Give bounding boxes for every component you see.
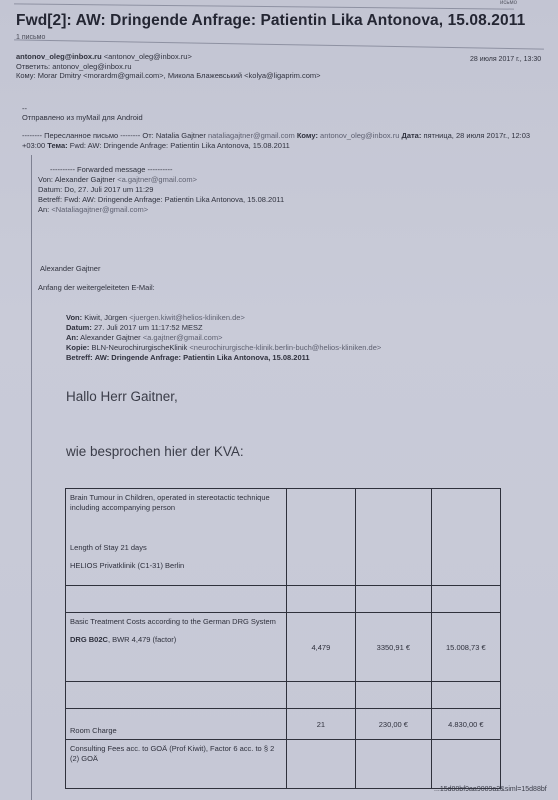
inner-kopie: BLN-NeurochirurgischeKlinik: [91, 343, 187, 352]
kva-intro: wie besprochen hier der KVA:: [66, 444, 244, 459]
betreff-label: Betreff:: [38, 195, 62, 204]
table-row: [66, 682, 501, 709]
qty-cell: [286, 740, 355, 789]
email-date: 28 июля 2017 г., 13:30: [470, 56, 541, 63]
forward-intro: Anfang der weitergeleiteten E-Mail:: [38, 283, 155, 292]
total-cell: [431, 682, 500, 709]
von-name: Alexander Gajtner: [55, 175, 115, 184]
inner-kopie-email[interactable]: <neurochirurgische-klinik.berlin-buch@he…: [189, 343, 381, 352]
total-cell: 4.830,00 €: [431, 709, 500, 740]
total-cell: [431, 489, 500, 586]
divider: [14, 3, 514, 9]
to-recipients[interactable]: Morar Dmitry <morardm@gmail.com>, Микола…: [38, 71, 321, 80]
row-text: Length of Stay 21 days: [70, 543, 282, 553]
total-cell: [431, 586, 500, 613]
email-subject: Fwd[2]: AW: Dringende Anfrage: Patientin…: [16, 12, 525, 30]
datum-value: Do, 27. Juli 2017 um 11:29: [64, 185, 153, 194]
inner-betreff-label: Betreff:: [66, 353, 93, 362]
inner-von-label: Von:: [66, 313, 82, 322]
reply-to-address[interactable]: antonov_oleg@inbox.ru: [52, 62, 131, 71]
row-text: HELIOS Privatklinik (C1-31) Berlin: [70, 561, 282, 571]
table-row: Basic Treatment Costs according to the G…: [66, 613, 501, 682]
qty-cell: 21: [286, 709, 355, 740]
forwarded-title: ---------- Forwarded message ----------: [38, 165, 284, 175]
sender-signature: Alexander Gajtner: [40, 264, 100, 273]
table-row: [66, 586, 501, 613]
table-row: Consulting Fees acc. to GOÄ (Prof Kiwit)…: [66, 740, 501, 789]
an-label: An:: [38, 205, 49, 214]
inner-datum-label: Datum:: [66, 323, 92, 332]
inner-datum: 27. Juli 2017 um 11:17:52 MESZ: [94, 323, 203, 332]
price-cell: [356, 740, 432, 789]
von-label: Von:: [38, 175, 53, 184]
description-cell: [66, 682, 287, 709]
reply-to-label: Ответить:: [16, 62, 50, 71]
quote-bar: [31, 155, 32, 800]
betreff-value: Fwd: AW: Dringende Anfrage: Patientin Li…: [64, 195, 284, 204]
table-row: Room Charge 21 230,00 € 4.830,00 €: [66, 709, 501, 740]
total-cell: [431, 740, 500, 789]
inner-betreff: AW: Dringende Anfrage: Patientin Lika An…: [95, 353, 310, 362]
inner-an-label: An:: [66, 333, 79, 342]
forward-subject: Fwd: AW: Dringende Anfrage: Patientin Li…: [70, 141, 290, 150]
forward-from-name: Natalia Gajtner: [156, 131, 206, 140]
qty-cell: [286, 682, 355, 709]
inner-von: Kiwit, Jürgen: [84, 313, 127, 322]
inner-email-header: Von: Kiwit, Jürgen <juergen.kiwit@helios…: [66, 313, 381, 363]
forward-to-label: Кому:: [297, 131, 318, 140]
datum-label: Datum:: [38, 185, 62, 194]
description-cell: Brain Tumour in Children, operated in st…: [66, 489, 287, 586]
price-cell: [356, 586, 432, 613]
email-meta: antonov_oleg@inbox.ru <antonov_oleg@inbo…: [16, 52, 321, 81]
table-row: Brain Tumour in Children, operated in st…: [66, 489, 501, 586]
drg-code: DRG B02C: [70, 635, 108, 644]
description-cell: Basic Treatment Costs according to the G…: [66, 613, 287, 682]
description-cell: Room Charge: [66, 709, 287, 740]
inner-von-email[interactable]: <juergen.kiwit@helios-kliniken.de>: [129, 313, 245, 322]
sender-address: <antonov_oleg@inbox.ru>: [104, 52, 192, 61]
row-text: Basic Treatment Costs according to the G…: [70, 617, 282, 627]
price-cell: 230,00 €: [356, 709, 432, 740]
qty-cell: [286, 586, 355, 613]
sender-name[interactable]: antonov_oleg@inbox.ru: [16, 52, 102, 61]
divider: [14, 39, 544, 49]
print-url-footer: ...15d88bf9aa9089a2&siml=15d88bf: [434, 786, 547, 793]
signature-dash: --: [22, 104, 143, 113]
row-text: Brain Tumour in Children, operated in st…: [70, 493, 282, 513]
an-email[interactable]: <Nataliagajtner@gmail.com>: [51, 205, 148, 214]
description-cell: [66, 586, 287, 613]
price-cell: [356, 682, 432, 709]
forward-from-email[interactable]: nataliagajtner@gmail.com: [208, 131, 295, 140]
inner-an: Alexander Gajtner: [80, 333, 140, 342]
mobile-signature: -- Отправлено из myMail для Android: [22, 104, 143, 122]
forward-to-email[interactable]: antonov_oleg@inbox.ru: [320, 131, 399, 140]
forward-date-label: Дата:: [401, 131, 421, 140]
von-email[interactable]: <a.gajtner@gmail.com>: [117, 175, 197, 184]
total-cell: 15.008,73 €: [431, 613, 500, 682]
signature-text: Отправлено из myMail для Android: [22, 113, 143, 122]
printed-email-page: исьмо Fwd[2]: AW: Dringende Anfrage: Pat…: [0, 0, 558, 800]
description-cell: Consulting Fees acc. to GOÄ (Prof Kiwit)…: [66, 740, 287, 789]
price-cell: [356, 489, 432, 586]
cost-estimate-table: Brain Tumour in Children, operated in st…: [65, 488, 501, 789]
inner-kopie-label: Kopie:: [66, 343, 89, 352]
qty-cell: [286, 489, 355, 586]
greeting: Hallo Herr Gaitner,: [66, 389, 178, 404]
top-corner-fragment: исьмо: [500, 0, 517, 6]
forward-prefix: -------- Пересланное письмо -------- От:: [22, 131, 154, 140]
inner-an-email[interactable]: <a.gajtner@gmail.com>: [143, 333, 223, 342]
qty-cell: 4,479: [286, 613, 355, 682]
drg-factor: , BWR 4,479 (factor): [108, 635, 176, 644]
to-label: Кому:: [16, 71, 36, 80]
forwarded-message-header: ---------- Forwarded message ---------- …: [38, 165, 284, 215]
forward-subject-label: Тема:: [47, 141, 67, 150]
price-cell: 3350,91 €: [356, 613, 432, 682]
forward-header: -------- Пересланное письмо -------- От:…: [22, 131, 552, 151]
